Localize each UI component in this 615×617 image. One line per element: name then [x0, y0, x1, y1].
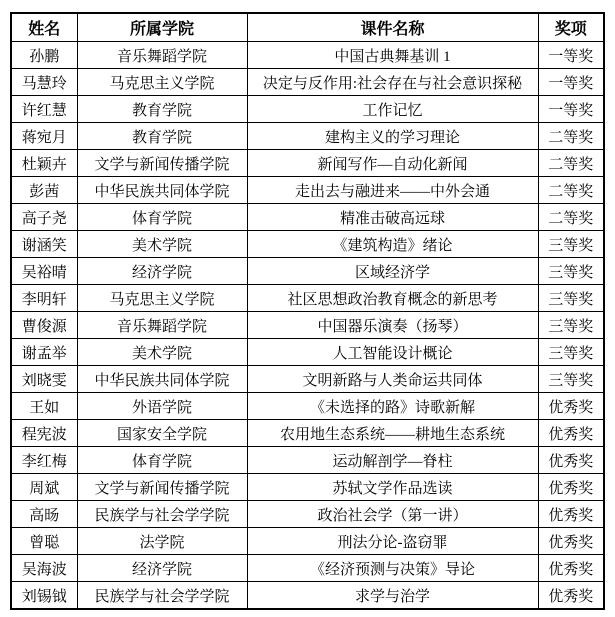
cell-award: 一等奖 — [538, 69, 604, 96]
cell-award: 优秀奖 — [538, 474, 604, 501]
table-row: 许红慧 教育学院 工作记忆 一等奖 — [11, 96, 604, 123]
table-row: 吴裕晴 经济学院 区域经济学 三等奖 — [11, 258, 604, 285]
cell-course: 运动解剖学—脊柱 — [247, 447, 538, 474]
cell-name: 李明轩 — [11, 285, 77, 312]
cell-name: 王如 — [11, 393, 77, 420]
cell-course: 中国古典舞基训 1 — [247, 42, 538, 69]
cell-award: 二等奖 — [538, 177, 604, 204]
cell-award: 二等奖 — [538, 204, 604, 231]
table-row: 马慧玲 马克思主义学院 决定与反作用:社会存在与社会意识探秘 一等奖 — [11, 69, 604, 96]
cell-name: 彭茜 — [11, 177, 77, 204]
cell-name: 李红梅 — [11, 447, 77, 474]
header-award: 奖项 — [538, 13, 604, 42]
cell-course: 《未选择的路》诗歌新解 — [247, 393, 538, 420]
cell-course: 苏轼文学作品选读 — [247, 474, 538, 501]
cell-college: 教育学院 — [77, 96, 247, 123]
cell-college: 经济学院 — [77, 258, 247, 285]
cell-course: 《经济预测与决策》导论 — [247, 555, 538, 582]
header-name: 姓名 — [11, 13, 77, 42]
cell-course: 工作记忆 — [247, 96, 538, 123]
page: 姓名 所属学院 课件名称 奖项 孙鹏 音乐舞蹈学院 中国古典舞基训 1 一等奖 … — [0, 0, 615, 617]
cell-name: 吴裕晴 — [11, 258, 77, 285]
cell-award: 优秀奖 — [538, 582, 604, 610]
table-row: 杜颖卉 文学与新闻传播学院 新闻写作—自动化新闻 二等奖 — [11, 150, 604, 177]
cell-award: 三等奖 — [538, 312, 604, 339]
cell-college: 教育学院 — [77, 123, 247, 150]
cell-college: 法学院 — [77, 528, 247, 555]
cell-award: 三等奖 — [538, 258, 604, 285]
table-row: 程宪波 国家安全学院 农用地生态系统——耕地生态系统 优秀奖 — [11, 420, 604, 447]
table-row: 孙鹏 音乐舞蹈学院 中国古典舞基训 1 一等奖 — [11, 42, 604, 69]
cell-college: 马克思主义学院 — [77, 285, 247, 312]
cell-college: 中华民族共同体学院 — [77, 366, 247, 393]
cell-college: 民族学与社会学学院 — [77, 501, 247, 528]
cell-college: 体育学院 — [77, 204, 247, 231]
cell-name: 杜颖卉 — [11, 150, 77, 177]
cell-college: 体育学院 — [77, 447, 247, 474]
cell-college: 国家安全学院 — [77, 420, 247, 447]
cell-award: 三等奖 — [538, 366, 604, 393]
table-row: 曾聪 法学院 刑法分论-盗窃罪 优秀奖 — [11, 528, 604, 555]
cell-name: 蒋宛月 — [11, 123, 77, 150]
cell-award: 优秀奖 — [538, 528, 604, 555]
table-row: 高旸 民族学与社会学学院 政治社会学（第一讲） 优秀奖 — [11, 501, 604, 528]
cell-course: 社区思想政治教育概念的新思考 — [247, 285, 538, 312]
cell-name: 程宪波 — [11, 420, 77, 447]
cell-award: 三等奖 — [538, 339, 604, 366]
cell-course: 文明新路与人类命运共同体 — [247, 366, 538, 393]
cell-award: 三等奖 — [538, 285, 604, 312]
cell-college: 文学与新闻传播学院 — [77, 474, 247, 501]
cell-name: 曹俊源 — [11, 312, 77, 339]
header-course: 课件名称 — [247, 13, 538, 42]
cell-award: 优秀奖 — [538, 393, 604, 420]
cell-award: 二等奖 — [538, 150, 604, 177]
cell-college: 外语学院 — [77, 393, 247, 420]
cell-course: 人工智能设计概论 — [247, 339, 538, 366]
cell-name: 谢孟举 — [11, 339, 77, 366]
cell-name: 高子尧 — [11, 204, 77, 231]
cell-course: 区域经济学 — [247, 258, 538, 285]
cell-course: 中国器乐演奏（扬琴） — [247, 312, 538, 339]
cell-college: 音乐舞蹈学院 — [77, 42, 247, 69]
cell-name: 曾聪 — [11, 528, 77, 555]
cell-college: 马克思主义学院 — [77, 69, 247, 96]
cell-course: 政治社会学（第一讲） — [247, 501, 538, 528]
cell-course: 新闻写作—自动化新闻 — [247, 150, 538, 177]
cell-college: 文学与新闻传播学院 — [77, 150, 247, 177]
table-row: 曹俊源 音乐舞蹈学院 中国器乐演奏（扬琴） 三等奖 — [11, 312, 604, 339]
cell-course: 刑法分论-盗窃罪 — [247, 528, 538, 555]
cell-name: 马慧玲 — [11, 69, 77, 96]
cell-award: 优秀奖 — [538, 420, 604, 447]
cell-college: 美术学院 — [77, 339, 247, 366]
cell-name: 高旸 — [11, 501, 77, 528]
table-row: 刘锡钺 民族学与社会学学院 求学与治学 优秀奖 — [11, 582, 604, 610]
cell-course: 决定与反作用:社会存在与社会意识探秘 — [247, 69, 538, 96]
cell-award: 一等奖 — [538, 96, 604, 123]
cell-college: 音乐舞蹈学院 — [77, 312, 247, 339]
cell-course: 精准击破高远球 — [247, 204, 538, 231]
cell-course: 建构主义的学习理论 — [247, 123, 538, 150]
cell-award: 优秀奖 — [538, 501, 604, 528]
cell-name: 周斌 — [11, 474, 77, 501]
cell-award: 二等奖 — [538, 123, 604, 150]
cell-award: 优秀奖 — [538, 447, 604, 474]
cell-course: 求学与治学 — [247, 582, 538, 610]
table-body: 孙鹏 音乐舞蹈学院 中国古典舞基训 1 一等奖 马慧玲 马克思主义学院 决定与反… — [11, 42, 604, 610]
cell-college: 民族学与社会学学院 — [77, 582, 247, 610]
table-row: 吴海波 经济学院 《经济预测与决策》导论 优秀奖 — [11, 555, 604, 582]
table-row: 刘晓雯 中华民族共同体学院 文明新路与人类命运共同体 三等奖 — [11, 366, 604, 393]
cell-award: 三等奖 — [538, 231, 604, 258]
header-college: 所属学院 — [77, 13, 247, 42]
table-row: 高子尧 体育学院 精准击破高远球 二等奖 — [11, 204, 604, 231]
cell-course: 《建筑构造》绪论 — [247, 231, 538, 258]
cell-award: 优秀奖 — [538, 555, 604, 582]
table-row: 李红梅 体育学院 运动解剖学—脊柱 优秀奖 — [11, 447, 604, 474]
cell-name: 吴海波 — [11, 555, 77, 582]
cell-name: 刘锡钺 — [11, 582, 77, 610]
awards-table: 姓名 所属学院 课件名称 奖项 孙鹏 音乐舞蹈学院 中国古典舞基训 1 一等奖 … — [10, 12, 605, 610]
table-row: 谢孟举 美术学院 人工智能设计概论 三等奖 — [11, 339, 604, 366]
cell-name: 许红慧 — [11, 96, 77, 123]
cell-college: 经济学院 — [77, 555, 247, 582]
cell-course: 走出去与融进来——中外会通 — [247, 177, 538, 204]
table-row: 谢涵笑 美术学院 《建筑构造》绪论 三等奖 — [11, 231, 604, 258]
cell-name: 刘晓雯 — [11, 366, 77, 393]
table-row: 彭茜 中华民族共同体学院 走出去与融进来——中外会通 二等奖 — [11, 177, 604, 204]
cell-college: 中华民族共同体学院 — [77, 177, 247, 204]
cell-name: 谢涵笑 — [11, 231, 77, 258]
header-row: 姓名 所属学院 课件名称 奖项 — [11, 13, 604, 42]
table-row: 周斌 文学与新闻传播学院 苏轼文学作品选读 优秀奖 — [11, 474, 604, 501]
table-row: 王如 外语学院 《未选择的路》诗歌新解 优秀奖 — [11, 393, 604, 420]
cell-course: 农用地生态系统——耕地生态系统 — [247, 420, 538, 447]
table-row: 李明轩 马克思主义学院 社区思想政治教育概念的新思考 三等奖 — [11, 285, 604, 312]
cell-name: 孙鹏 — [11, 42, 77, 69]
cell-college: 美术学院 — [77, 231, 247, 258]
table-header: 姓名 所属学院 课件名称 奖项 — [11, 13, 604, 42]
cell-award: 一等奖 — [538, 42, 604, 69]
table-row: 蒋宛月 教育学院 建构主义的学习理论 二等奖 — [11, 123, 604, 150]
